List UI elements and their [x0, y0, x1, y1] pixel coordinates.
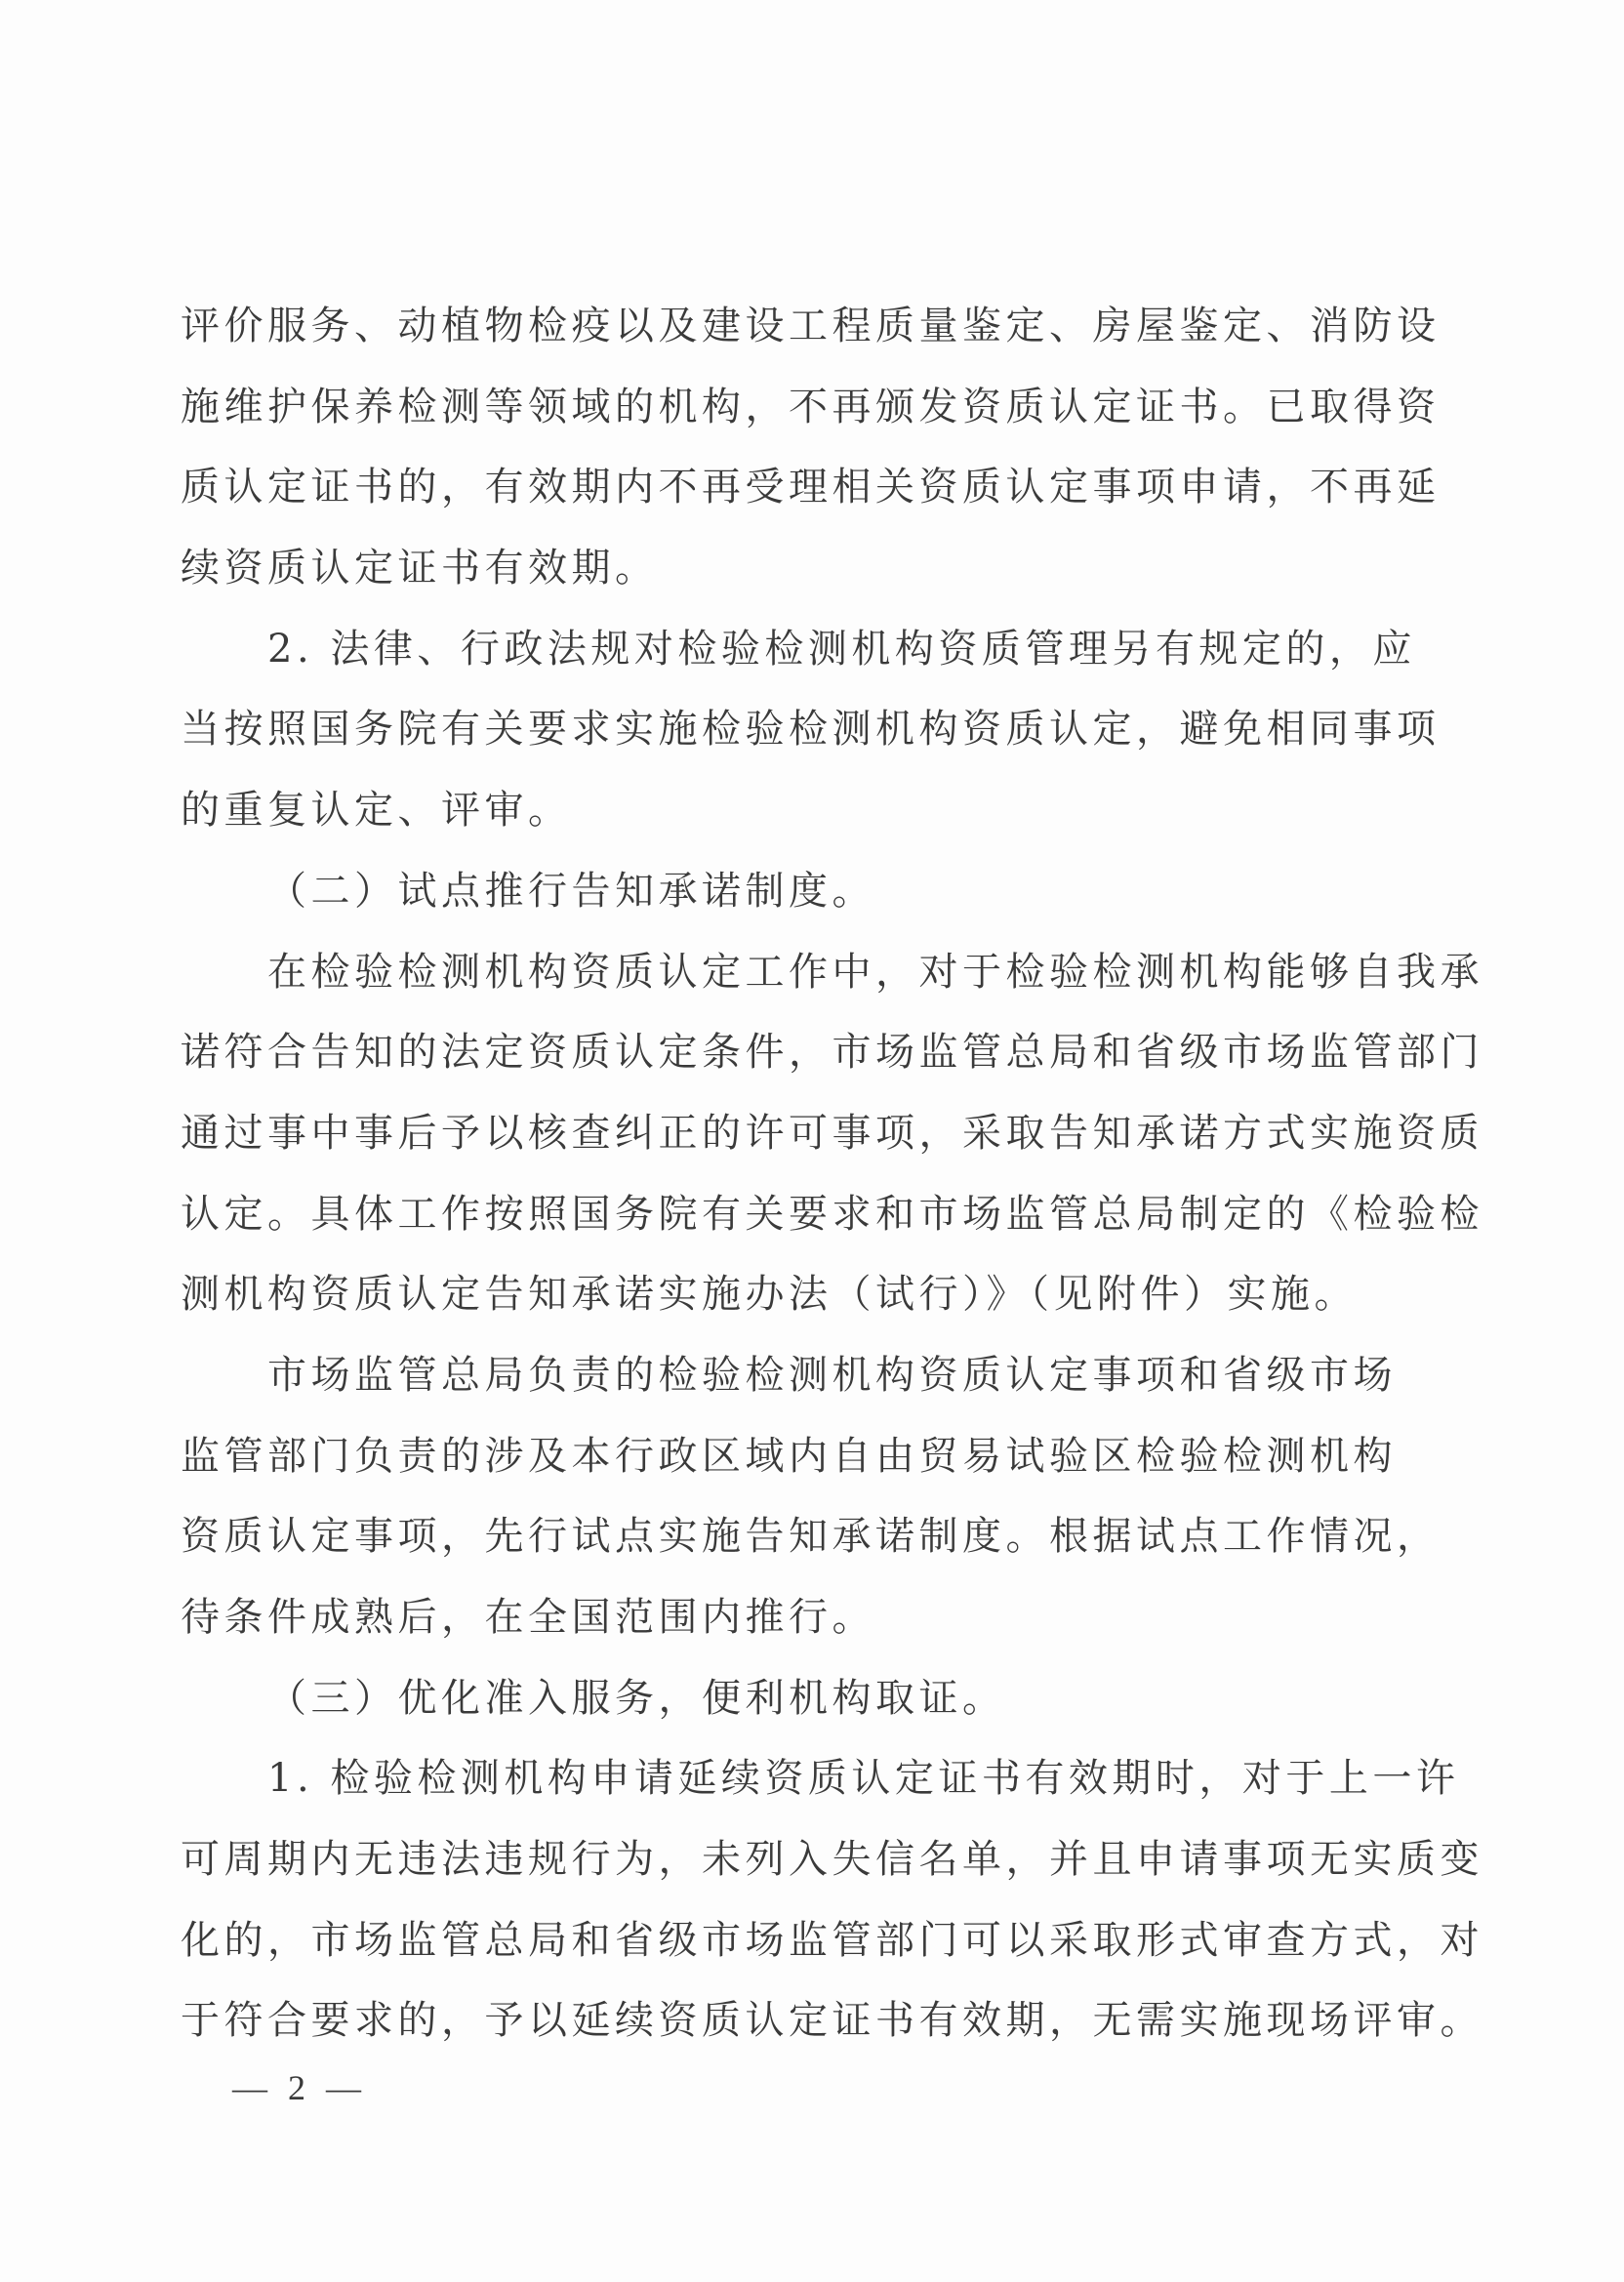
- text-line: 2. 法律、行政法规对检验检测机构资质管理另有规定的，应: [181, 624, 1396, 705]
- text-line: 监管部门负责的涉及本行政区域内自由贸易试验区检验检测机构: [181, 1431, 1396, 1512]
- text-line: 化的，市场监管总局和省级市场监管部门可以采取形式审查方式，对: [181, 1915, 1396, 1996]
- text-line: 资质认定事项，先行试点实施告知承诺制度。根据试点工作情况，: [181, 1511, 1396, 1592]
- section-heading: （二）试点推行告知承诺制度。: [181, 866, 1401, 947]
- text-line: 待条件成熟后，在全国范围内推行。: [181, 1592, 1401, 1673]
- paragraph-notification-commitment: 在检验检测机构资质认定工作中，对于检验检测机构能够自我承 诺符合告知的法定资质认…: [181, 947, 1401, 1350]
- text-line: 的重复认定、评审。: [181, 785, 1401, 866]
- section-heading-2: （二）试点推行告知承诺制度。: [181, 866, 1401, 947]
- paragraph-pilot-scope: 市场监管总局负责的检验检测机构资质认定事项和省级市场 监管部门负责的涉及本行政区…: [181, 1350, 1401, 1673]
- text-line: 可周期内无违法违规行为，未列入失信名单，并且申请事项无实质变: [181, 1834, 1396, 1915]
- paragraph-continuation: 评价服务、动植物检疫以及建设工程质量鉴定、房屋鉴定、消防设 施维护保养检测等领域…: [181, 301, 1401, 624]
- text-line: 评价服务、动植物检疫以及建设工程质量鉴定、房屋鉴定、消防设: [181, 301, 1396, 382]
- text-line: 1. 检验检测机构申请延续资质认定证书有效期时，对于上一许: [181, 1753, 1396, 1834]
- paragraph-item-2: 2. 法律、行政法规对检验检测机构资质管理另有规定的，应 当按照国务院有关要求实…: [181, 624, 1401, 866]
- section-heading-3: （三）优化准入服务，便利机构取证。: [181, 1673, 1401, 1754]
- text-line: 于符合要求的，予以延续资质认定证书有效期，无需实施现场评审。: [181, 1995, 1396, 2076]
- text-line: 市场监管总局负责的检验检测机构资质认定事项和省级市场: [181, 1350, 1396, 1431]
- body-text: 评价服务、动植物检疫以及建设工程质量鉴定、房屋鉴定、消防设 施维护保养检测等领域…: [181, 301, 1401, 2076]
- text-line: 测机构资质认定告知承诺实施办法（试行）》（见附件）实施。: [181, 1269, 1401, 1350]
- text-line: 诺符合告知的法定资质认定条件，市场监管总局和省级市场监管部门: [181, 1027, 1396, 1108]
- text-line: 续资质认定证书有效期。: [181, 543, 1401, 624]
- paragraph-item-1: 1. 检验检测机构申请延续资质认定证书有效期时，对于上一许 可周期内无违法违规行…: [181, 1753, 1401, 2076]
- section-heading: （三）优化准入服务，便利机构取证。: [181, 1673, 1401, 1754]
- text-line: 认定。具体工作按照国务院有关要求和市场监管总局制定的《检验检: [181, 1189, 1396, 1270]
- text-line: 当按照国务院有关要求实施检验检测机构资质认定，避免相同事项: [181, 704, 1396, 785]
- document-page: 评价服务、动植物检疫以及建设工程质量鉴定、房屋鉴定、消防设 施维护保养检测等领域…: [0, 0, 1624, 2282]
- page-number: — 2 —: [232, 2067, 367, 2108]
- text-line: 通过事中事后予以核查纠正的许可事项，采取告知承诺方式实施资质: [181, 1108, 1396, 1189]
- text-line: 质认定证书的，有效期内不再受理相关资质认定事项申请，不再延: [181, 462, 1396, 543]
- text-line: 在检验检测机构资质认定工作中，对于检验检测机构能够自我承: [181, 947, 1396, 1028]
- text-line: 施维护保养检测等领域的机构，不再颁发资质认定证书。已取得资: [181, 382, 1396, 463]
